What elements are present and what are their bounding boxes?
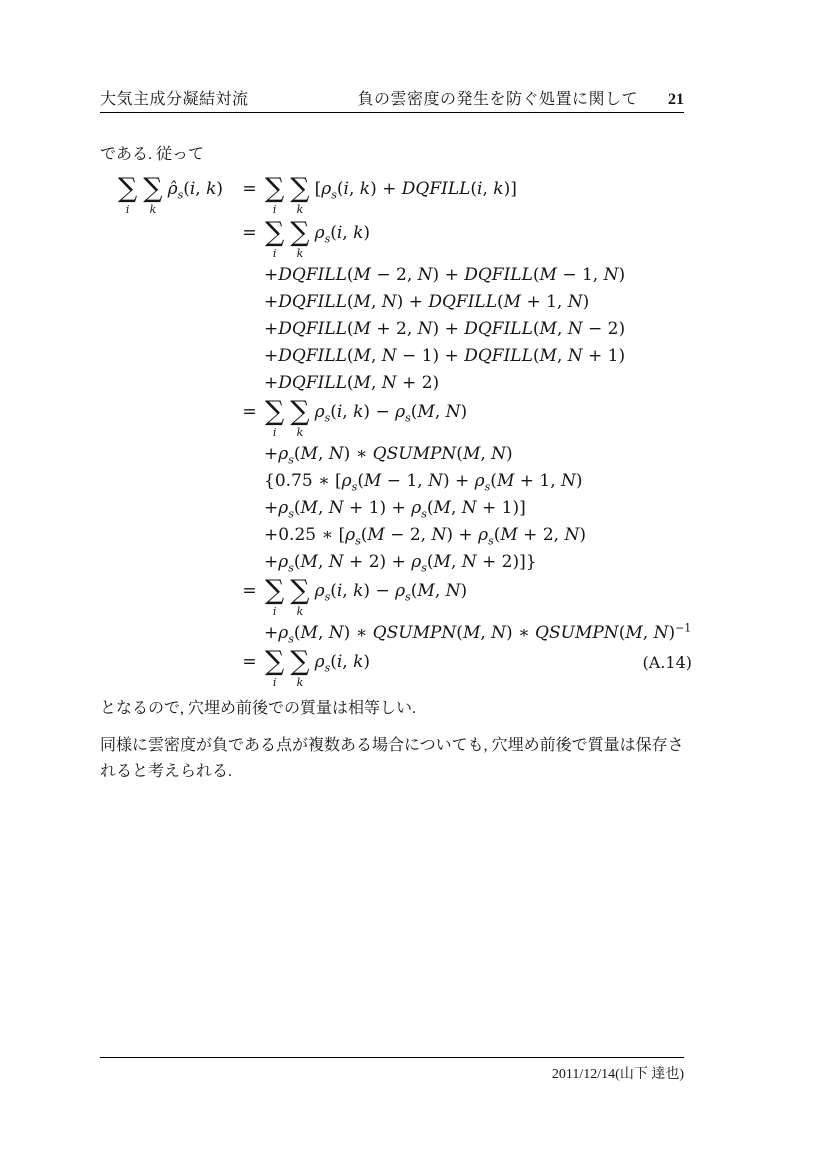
equation-rhs: ∑i∑kρs(i, k)(A.14) bbox=[264, 648, 692, 688]
sum-symbol: ∑i bbox=[265, 219, 284, 259]
math-text: {0.75 ∗ [ρs(M − 1, N) + ρs(M + 1, N) bbox=[264, 471, 583, 491]
sum-symbol: ∑k bbox=[290, 577, 309, 617]
sigma-glyph: ∑ bbox=[290, 648, 309, 675]
sigma-glyph: ∑ bbox=[265, 219, 284, 246]
equation-rhs: +DQFILL(M + 2, N) + DQFILL(M, N − 2) bbox=[264, 319, 692, 339]
equation-rhs: +ρs(M, N + 1) + ρs(M, N + 1)] bbox=[264, 498, 692, 518]
sum-symbol: ∑i bbox=[265, 577, 284, 617]
math-text: ρs(i, k) − ρs(M, N) bbox=[315, 581, 468, 601]
sum-lower-limit: k bbox=[150, 204, 157, 215]
math-text: +ρs(M, N) ∗ QSUMPN(M, N) bbox=[264, 444, 513, 464]
equation-line: {0.75 ∗ [ρs(M − 1, N) + ρs(M + 1, N) bbox=[100, 467, 692, 494]
equation-line: =∑i∑kρs(i, k) bbox=[100, 217, 692, 261]
sum-lower-limit: i bbox=[273, 204, 277, 215]
math-text: +ρs(M, N + 2) + ρs(M, N + 2)]} bbox=[264, 552, 537, 572]
equation-rhs: +ρs(M, N) ∗ QSUMPN(M, N) ∗ QSUMPN(M, N)−… bbox=[264, 623, 692, 643]
footer-date-author: 2011/12/14(山下 達也) bbox=[100, 1063, 684, 1083]
sum-symbol: ∑k bbox=[290, 398, 309, 438]
closing-line: れると考えられる. bbox=[100, 759, 684, 785]
equation-line: =∑i∑kρs(i, k)(A.14) bbox=[100, 646, 692, 690]
sigma-glyph: ∑ bbox=[290, 175, 309, 202]
sum-symbol: ∑k bbox=[290, 175, 309, 215]
sum-lower-limit: i bbox=[273, 248, 277, 259]
closing-line: 同様に雲密度が負である点が複数ある場合についても, 穴埋め前後で質量は保存さ bbox=[100, 733, 684, 759]
math-text: ρs(i, k) − ρs(M, N) bbox=[315, 402, 468, 422]
equation-line: +ρs(M, N + 2) + ρs(M, N + 2)]} bbox=[100, 548, 692, 575]
equation-rhs: +DQFILL(M, N + 2) bbox=[264, 373, 692, 393]
sum-symbol: ∑k bbox=[143, 175, 162, 215]
equation-line: +ρs(M, N + 1) + ρs(M, N + 1)] bbox=[100, 494, 692, 521]
math-text: ρs(i, k) bbox=[315, 223, 371, 243]
equation-number: (A.14) bbox=[643, 653, 692, 672]
sum-symbol: ∑i bbox=[118, 175, 137, 215]
equation-line: ∑i∑kρ̂s(i, k)=∑i∑k[ρs(i, k) + DQFILL(i, … bbox=[100, 173, 692, 217]
equation-line: +DQFILL(M, N − 1) + DQFILL(M, N + 1) bbox=[100, 342, 692, 369]
math-text: ρ̂s(i, k) bbox=[168, 179, 224, 199]
equation-line: =∑i∑kρs(i, k) − ρs(M, N) bbox=[100, 575, 692, 619]
equals-sign: = bbox=[235, 581, 264, 601]
equation-rhs: ∑i∑k[ρs(i, k) + DQFILL(i, k)] bbox=[264, 175, 692, 215]
equation-line: +ρs(M, N) ∗ QSUMPN(M, N) bbox=[100, 440, 692, 467]
math-text: +DQFILL(M − 2, N) + DQFILL(M − 1, N) bbox=[264, 265, 625, 285]
sum-symbol: ∑i bbox=[265, 648, 284, 688]
sigma-glyph: ∑ bbox=[143, 175, 162, 202]
header-rule bbox=[100, 112, 684, 113]
paper-page: { "header": { "left_title": "大気主成分凝結対流",… bbox=[0, 0, 826, 1169]
sum-lower-limit: k bbox=[297, 248, 304, 259]
equation-rhs: +0.25 ∗ [ρs(M − 2, N) + ρs(M + 2, N) bbox=[264, 525, 692, 545]
sum-symbol: ∑i bbox=[265, 398, 284, 438]
equation-line: +DQFILL(M, N + 2) bbox=[100, 369, 692, 396]
sum-lower-limit: k bbox=[297, 204, 304, 215]
equation-lhs: ∑i∑kρ̂s(i, k) bbox=[100, 175, 235, 215]
footer-rule bbox=[100, 1057, 684, 1058]
math-text: +ρs(M, N) ∗ QSUMPN(M, N) ∗ QSUMPN(M, N)−… bbox=[264, 623, 691, 643]
math-text: [ρs(i, k) + DQFILL(i, k)] bbox=[315, 179, 517, 199]
equation-block: ∑i∑kρ̂s(i, k)=∑i∑k[ρs(i, k) + DQFILL(i, … bbox=[100, 173, 692, 690]
sigma-glyph: ∑ bbox=[265, 398, 284, 425]
sum-symbol: ∑i bbox=[265, 175, 284, 215]
sigma-glyph: ∑ bbox=[290, 577, 309, 604]
equation-rhs: ∑i∑kρs(i, k) bbox=[264, 219, 692, 259]
sum-symbol: ∑k bbox=[290, 219, 309, 259]
closing-paragraph: 同様に雲密度が負である点が複数ある場合についても, 穴埋め前後で質量は保存さ れ… bbox=[100, 733, 684, 785]
after-equation-text: となるので, 穴埋め前後での質量は相等しい. bbox=[100, 695, 416, 718]
sum-lower-limit: i bbox=[273, 427, 277, 438]
header-right-group: 負の雲密度の発生を防ぐ処置に関して 21 bbox=[357, 86, 684, 109]
math-text: +DQFILL(M, N) + DQFILL(M + 1, N) bbox=[264, 292, 589, 312]
equation-line: +DQFILL(M − 2, N) + DQFILL(M − 1, N) bbox=[100, 261, 692, 288]
header-left-title: 大気主成分凝結対流 bbox=[100, 86, 249, 109]
page-number: 21 bbox=[668, 91, 684, 109]
sigma-glyph: ∑ bbox=[290, 219, 309, 246]
equals-sign: = bbox=[235, 179, 264, 199]
equation-rhs: +ρs(M, N + 2) + ρs(M, N + 2)]} bbox=[264, 552, 692, 572]
equation-rhs: {0.75 ∗ [ρs(M − 1, N) + ρs(M + 1, N) bbox=[264, 471, 692, 491]
math-text: ρs(i, k) bbox=[315, 652, 371, 672]
sum-lower-limit: i bbox=[273, 606, 277, 617]
sigma-glyph: ∑ bbox=[265, 648, 284, 675]
sigma-glyph: ∑ bbox=[290, 398, 309, 425]
sigma-glyph: ∑ bbox=[265, 175, 284, 202]
equation-rhs: ∑i∑kρs(i, k) − ρs(M, N) bbox=[264, 577, 692, 617]
sum-lower-limit: k bbox=[297, 427, 304, 438]
equation-line: +DQFILL(M + 2, N) + DQFILL(M, N − 2) bbox=[100, 315, 692, 342]
equation-line: =∑i∑kρs(i, k) − ρs(M, N) bbox=[100, 396, 692, 440]
sum-symbol: ∑k bbox=[290, 648, 309, 688]
equals-sign: = bbox=[235, 402, 264, 422]
equation-line: +0.25 ∗ [ρs(M − 2, N) + ρs(M + 2, N) bbox=[100, 521, 692, 548]
equation-line: +ρs(M, N) ∗ QSUMPN(M, N) ∗ QSUMPN(M, N)−… bbox=[100, 619, 692, 646]
equation-rhs: +DQFILL(M, N) + DQFILL(M + 1, N) bbox=[264, 292, 692, 312]
page-header: 大気主成分凝結対流 負の雲密度の発生を防ぐ処置に関して 21 bbox=[100, 86, 684, 109]
equals-sign: = bbox=[235, 223, 264, 243]
math-text: +0.25 ∗ [ρs(M − 2, N) + ρs(M + 2, N) bbox=[264, 525, 586, 545]
math-text: +ρs(M, N + 1) + ρs(M, N + 1)] bbox=[264, 498, 526, 518]
equation-rhs: +DQFILL(M − 2, N) + DQFILL(M − 1, N) bbox=[264, 265, 692, 285]
equals-sign: = bbox=[235, 652, 264, 672]
equation-line: +DQFILL(M, N) + DQFILL(M + 1, N) bbox=[100, 288, 692, 315]
sum-lower-limit: k bbox=[297, 606, 304, 617]
math-text: +DQFILL(M + 2, N) + DQFILL(M, N − 2) bbox=[264, 319, 625, 339]
sum-lower-limit: i bbox=[273, 677, 277, 688]
sum-lower-limit: i bbox=[126, 204, 130, 215]
math-text: +DQFILL(M, N − 1) + DQFILL(M, N + 1) bbox=[264, 346, 625, 366]
sigma-glyph: ∑ bbox=[118, 175, 137, 202]
sigma-glyph: ∑ bbox=[265, 577, 284, 604]
sum-lower-limit: k bbox=[297, 677, 304, 688]
intro-text: である. 従って bbox=[100, 141, 204, 164]
equation-rhs: +DQFILL(M, N − 1) + DQFILL(M, N + 1) bbox=[264, 346, 692, 366]
equation-rhs: +ρs(M, N) ∗ QSUMPN(M, N) bbox=[264, 444, 692, 464]
equation-rhs: ∑i∑kρs(i, k) − ρs(M, N) bbox=[264, 398, 692, 438]
header-right-title: 負の雲密度の発生を防ぐ処置に関して bbox=[357, 86, 638, 109]
math-text: +DQFILL(M, N + 2) bbox=[264, 373, 439, 393]
